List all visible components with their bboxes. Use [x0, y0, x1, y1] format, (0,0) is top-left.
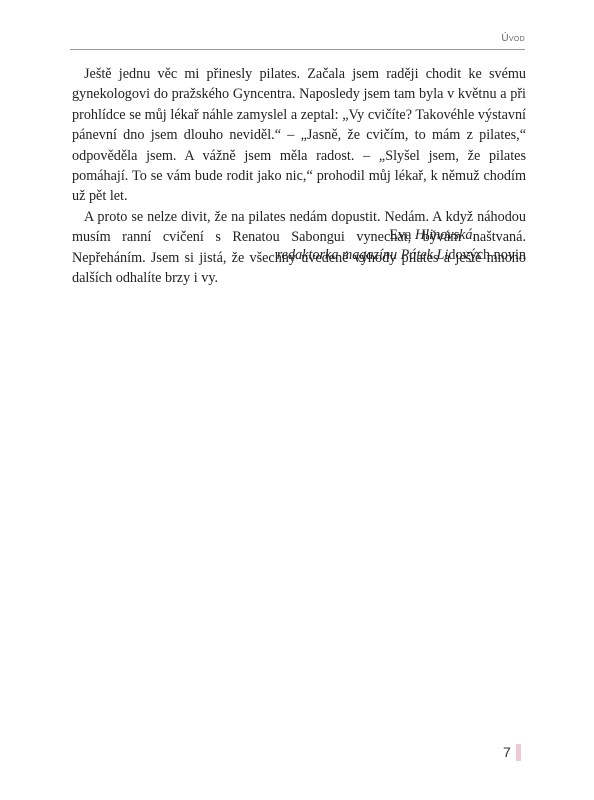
- page-marker: [516, 744, 521, 761]
- header-rule: [70, 49, 525, 50]
- author-role-roman: dových novin: [448, 247, 526, 263]
- author-first-name: Eva: [389, 227, 415, 243]
- paragraph: Ještě jednu věc mi přinesly pilates. Zač…: [72, 64, 526, 207]
- author-role-italic: redaktorka magazínu Pátek Li: [277, 247, 449, 263]
- author-surname: Hlinovská,: [415, 227, 476, 243]
- running-head-title: Úvod: [501, 33, 525, 44]
- page-number: 7: [503, 744, 511, 760]
- signature: Eva Hlinovská, redaktorka magazínu Pátek…: [260, 225, 526, 266]
- running-head: Úvod: [70, 33, 525, 44]
- signature-role: redaktorka magazínu Pátek Lidových novin: [260, 245, 526, 265]
- signature-name: Eva Hlinovská,: [260, 225, 526, 245]
